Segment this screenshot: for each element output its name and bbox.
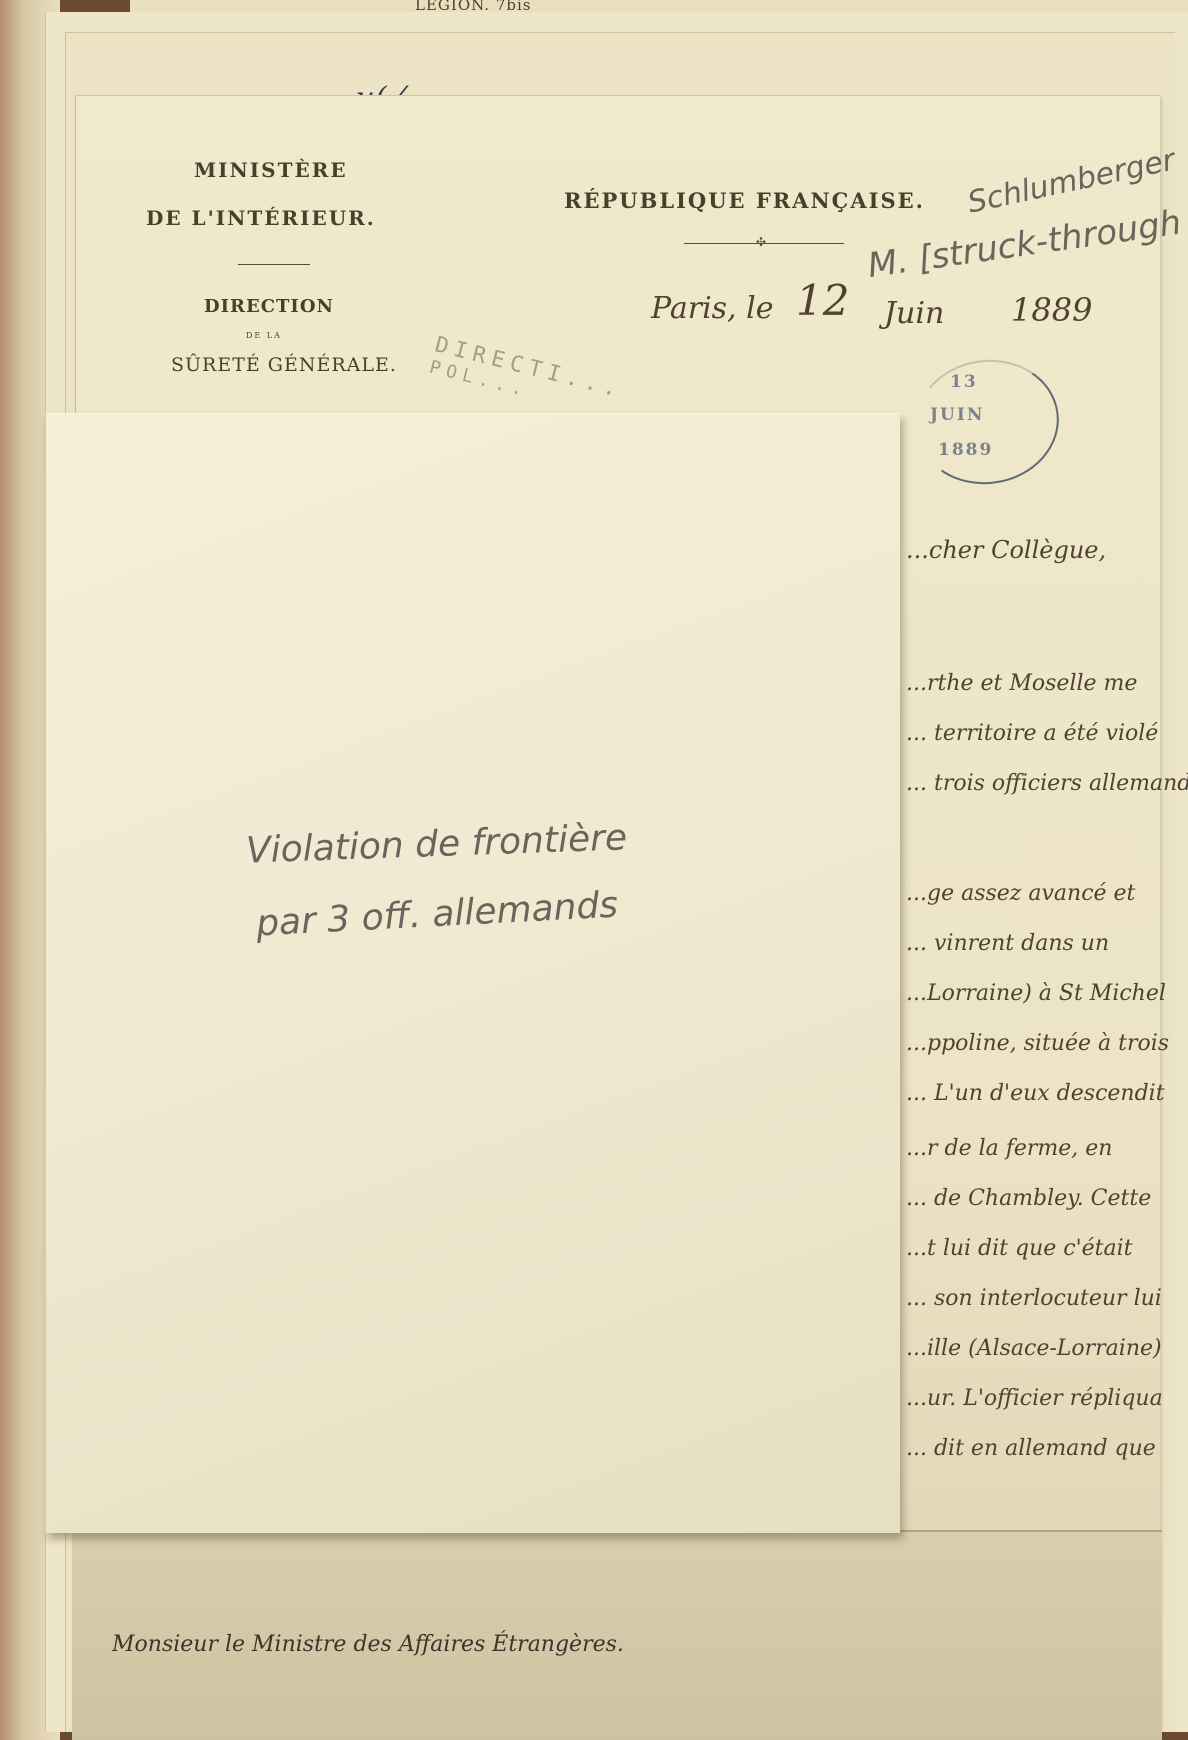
addressee-footer: Monsieur le Ministre des Affaires Étrang… [112,1632,624,1657]
body-line: ... L'un d'eux descendit [906,1081,1165,1106]
body-line: ... trois officiers allemands [906,771,1188,796]
date-month: Juin [884,296,944,331]
date-year: 1889 [1011,291,1092,329]
body-line: ... son interlocuteur lui [906,1286,1162,1311]
body-line: ...r de la ferme, en [906,1136,1112,1161]
date-prefix: Paris, le [651,291,773,326]
body-line: ... dit en allemand que [906,1436,1156,1461]
letter-lower-fold: Monsieur le Ministre des Affaires Étrang… [72,1530,1162,1740]
body-line: ... territoire a été violé [906,721,1158,746]
body-line: ...ur. L'officier répliqua [906,1386,1163,1411]
body-line: ...rthe et Moselle me [906,671,1137,696]
body-line: ...ppoline, située à trois [906,1031,1169,1056]
pencil-note-slip: Violation de frontière par 3 off. allema… [45,413,900,1533]
salutation: ...cher Collègue, [906,536,1106,564]
note-line1: Violation de frontière [245,817,627,871]
ornament-rule-left [238,264,310,265]
stamp-year: 1889 [938,440,993,460]
ministry-line1: MINISTÈRE [194,158,348,182]
stamp-day: 13 [950,372,978,392]
body-line: ...t lui dit que c'était [906,1236,1133,1261]
body-line: ... de Chambley. Cette [906,1186,1151,1211]
date-day: 12 [796,276,849,325]
body-line: ... vinrent dans un [906,931,1109,956]
stamp-month: JUIN [930,405,984,425]
department-label: SÛRETÉ GÉNÉRALE. [171,354,397,376]
ornament-glyph: ✣ [756,235,766,249]
ministry-line2: DE L'INTÉRIEUR. [146,206,376,230]
direction-sub-label: DE LA [246,331,282,340]
body-line: ...ille (Alsace-Lorraine) [906,1336,1162,1361]
body-line: ...Lorraine) à St Michel [906,981,1166,1006]
note-line2: par 3 off. allemands [255,885,619,945]
body-line: ...ge assez avancé et [906,881,1135,906]
direction-label: DIRECTION [204,296,334,317]
republic-heading: RÉPUBLIQUE FRANÇAISE. [564,188,925,213]
